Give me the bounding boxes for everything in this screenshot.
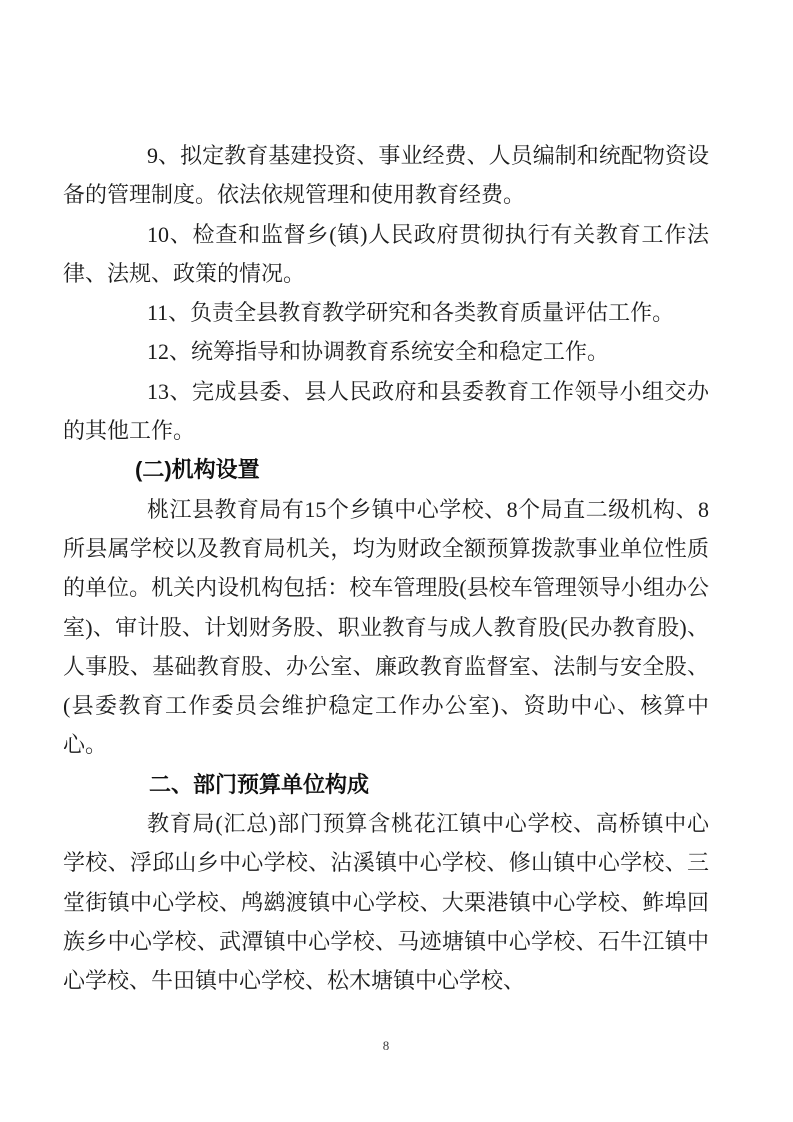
paragraph-budget-unit-list: 教育局(汇总)部门预算含桃花江镇中心学校、高桥镇中心学校、浮邱山乡中心学校、沾溪… [63,804,709,1000]
paragraph-duty-9: 9、拟定教育基建投资、事业经费、人员编制和统配物资设备的管理制度。依法依规管理和… [63,136,709,215]
heading-organization-setup: (二)机构设置 [63,450,709,489]
paragraph-duty-12: 12、统筹指导和协调教育系统安全和稳定工作。 [63,332,709,371]
paragraph-duty-11: 11、负责全县教育教学研究和各类教育质量评估工作。 [63,293,709,332]
page-number: 8 [63,1038,709,1054]
paragraph-duty-13: 13、完成县委、县人民政府和县委教育工作领导小组交办的其他工作。 [63,372,709,451]
document-text-block: 9、拟定教育基建投资、事业经费、人员编制和统配物资设备的管理制度。依法依规管理和… [63,136,709,1001]
paragraph-organization-detail: 桃江县教育局有15个乡镇中心学校、8个局直二级机构、8所县属学校以及教育局机关，… [63,490,709,765]
document-page: 9、拟定教育基建投资、事业经费、人员编制和统配物资设备的管理制度。依法依规管理和… [0,0,793,1122]
paragraph-duty-10: 10、检查和监督乡(镇)人民政府贯彻执行有关教育工作法律、法规、政策的情况。 [63,215,709,294]
heading-budget-unit-composition: 二、部门预算单位构成 [63,765,709,804]
